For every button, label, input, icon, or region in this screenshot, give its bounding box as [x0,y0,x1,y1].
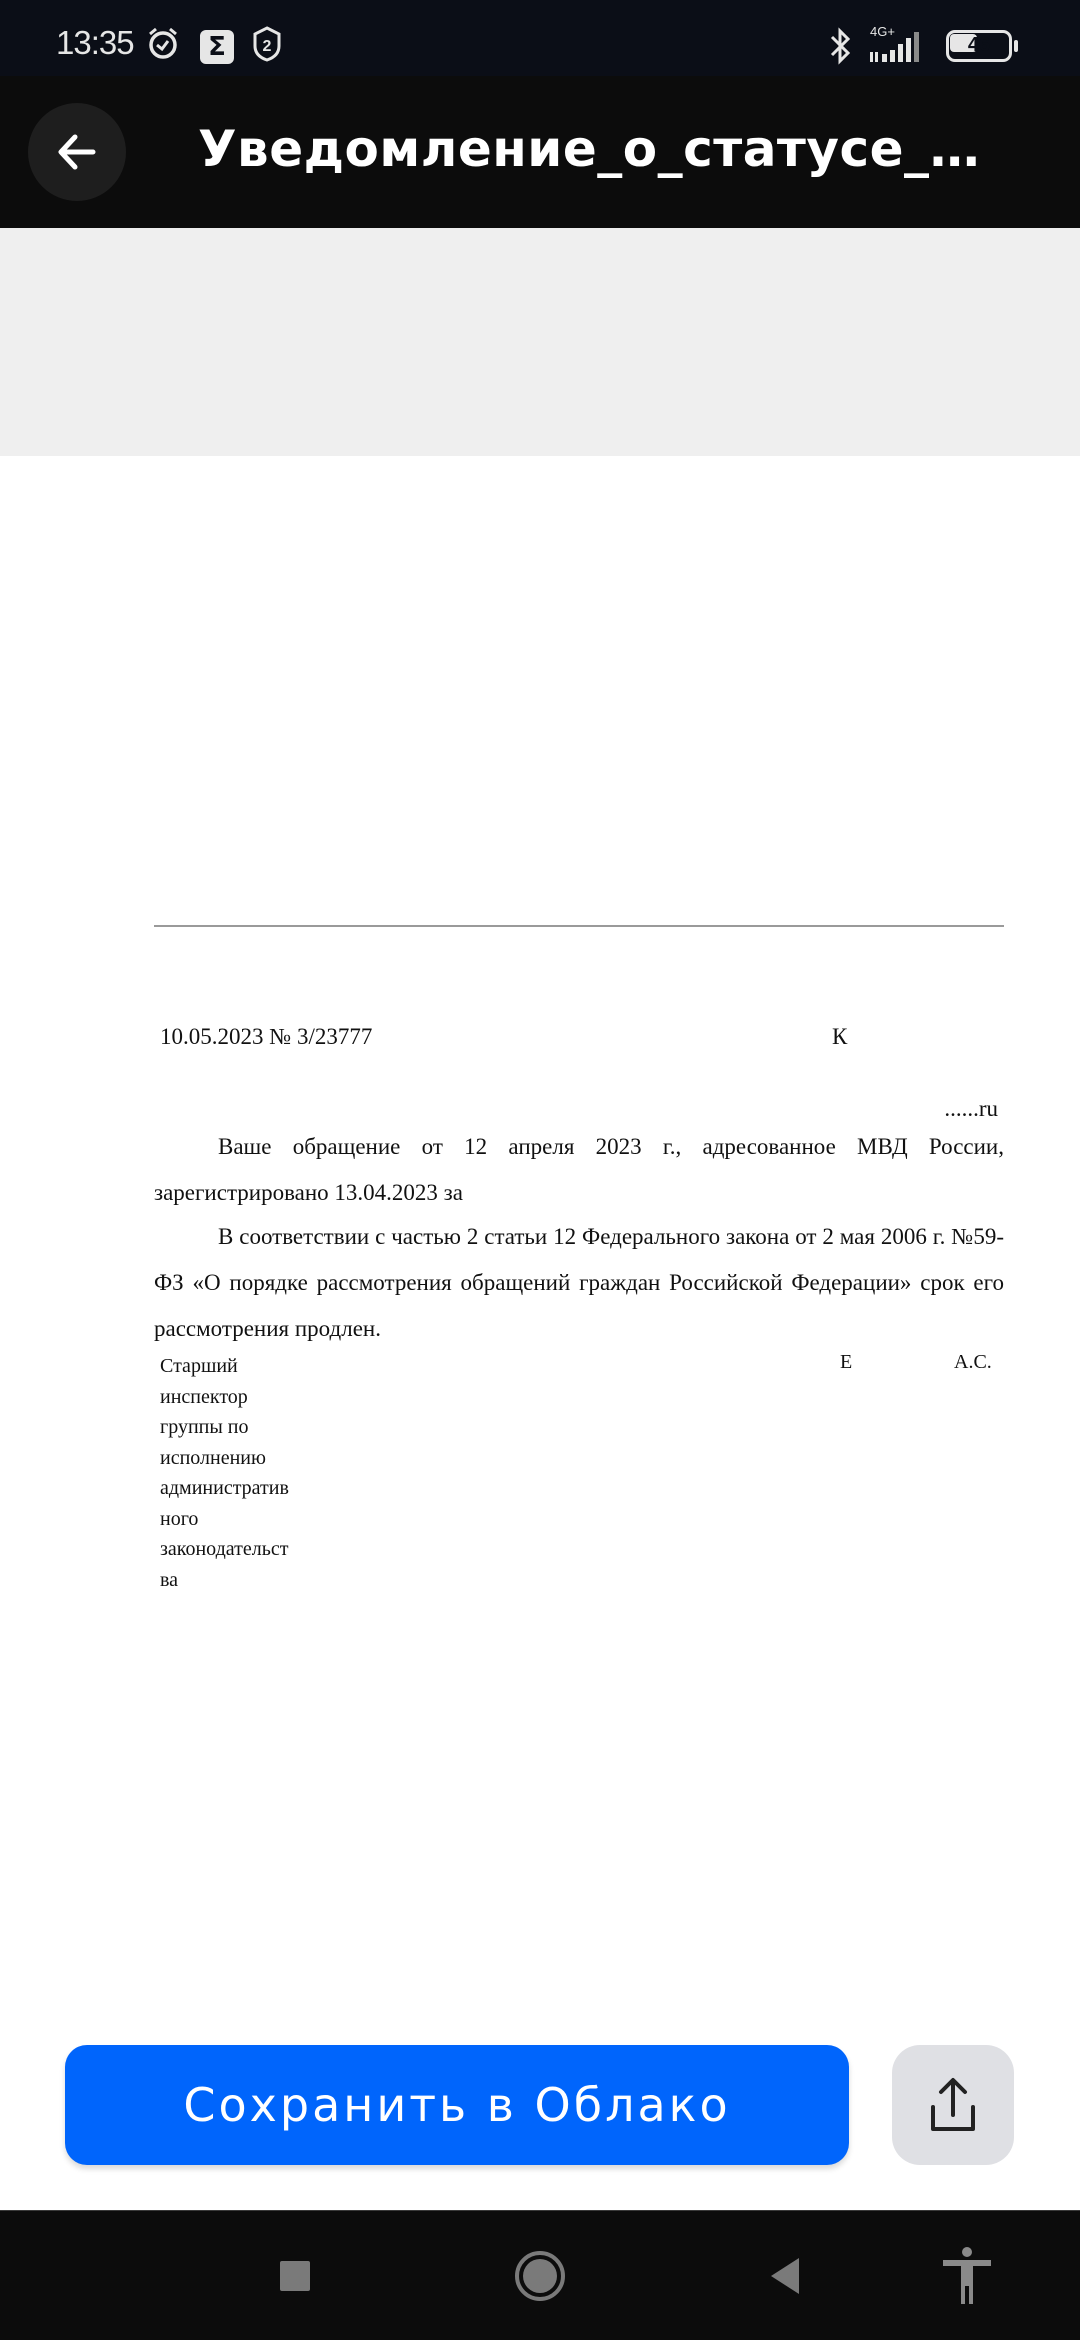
signatory-initials: А.С. [954,1351,992,1374]
battery-icon: 46 [946,30,1018,62]
addressee: К [832,1024,847,1050]
sigma-icon: Σ [200,30,234,64]
status-time: 13:35 [56,24,134,62]
document-date-number: 10.05.2023 № 3/23777 [160,1024,372,1050]
shield-badge-icon: 2 [252,26,282,62]
accessibility-button[interactable] [922,2211,1012,2340]
back-triangle-icon [767,2256,803,2296]
bluetooth-icon [826,26,854,66]
home-circle-icon [514,2250,566,2302]
svg-text:4G+: 4G+ [870,24,895,39]
alarm-icon [146,26,180,60]
system-nav-bar [0,2210,1080,2340]
share-button[interactable] [892,2045,1014,2165]
svg-text:2: 2 [263,38,272,55]
signatory-title-line: Старший [160,1351,340,1382]
share-upload-icon [927,2075,979,2135]
save-to-cloud-button[interactable]: Сохранить в Облако [65,2045,849,2165]
signatory-title-line: группы по [160,1412,340,1443]
signatory-title-line: законодательст [160,1534,340,1565]
recents-square-icon [278,2259,312,2293]
accessibility-icon [941,2246,993,2306]
addressee-email: ......ru [944,1096,998,1122]
signatory-title-line: исполнению [160,1443,340,1474]
arrow-left-icon [53,128,101,176]
recents-button[interactable] [250,2211,340,2340]
signatory-title: Старшийинспекторгруппы поисполнениюадмин… [160,1351,340,1595]
signatory-surname: Е [840,1351,852,1374]
signatory-title-line: инспектор [160,1382,340,1413]
document-viewer[interactable]: 10.05.2023 № 3/23777 К ......ru Ваше обр… [0,228,1080,2210]
document-page: 10.05.2023 № 3/23777 К ......ru Ваше обр… [0,456,1080,2211]
app-header: Уведомление_о_статусе_об... [0,76,1080,228]
status-bar: 13:35 Σ 2 4G+ 46 [0,0,1080,76]
home-button[interactable] [495,2211,585,2340]
paragraph-2: В соответствии с частью 2 статьи 12 Феде… [154,1214,1004,1352]
signatory-title-line: ва [160,1565,340,1596]
paragraph-1: Ваше обращение от 12 апреля 2023 г., адр… [154,1124,1004,1216]
signatory-title-line: административ [160,1473,340,1504]
header-divider [154,925,1004,927]
signal-4g-icon: 4G+ [868,22,936,66]
back-nav-button[interactable] [740,2211,830,2340]
document-title: Уведомление_о_статусе_об... [198,120,998,178]
signatory-title-line: ного [160,1504,340,1535]
back-button[interactable] [28,103,126,201]
